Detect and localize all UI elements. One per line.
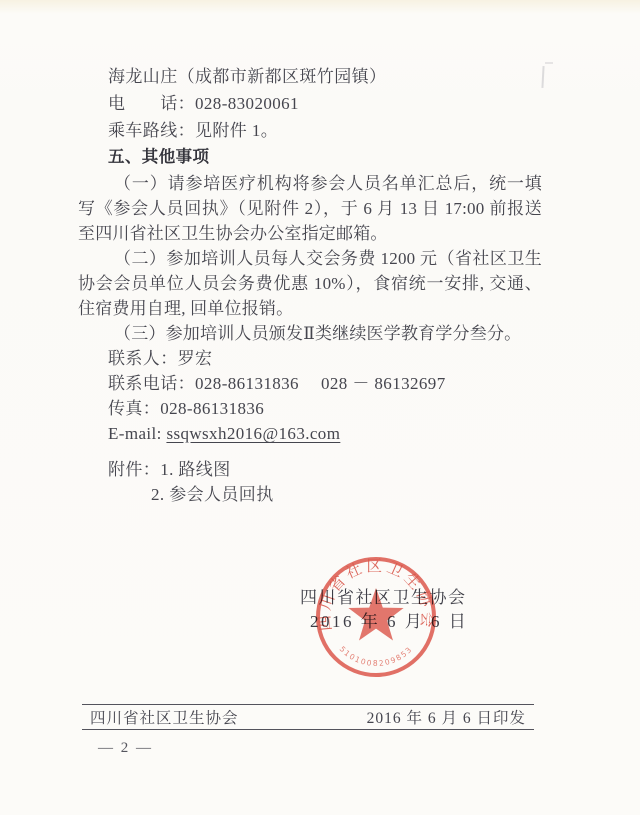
route-value: 见附件 1。 <box>195 121 278 140</box>
contact-phone-label: 联系电话： <box>108 374 195 393</box>
contact-phone-line: 联系电话：028-86131836 028 － 86132697 <box>78 371 542 396</box>
route-label: 乘车路线： <box>108 121 195 140</box>
attachment-line-2: 2. 参会人员回执 <box>78 482 542 507</box>
contact-name-label: 联系人： <box>108 349 178 368</box>
document-body: 海龙山庄（成都市新都区斑竹园镇） 电 话：028-83020061 乘车路线：见… <box>78 63 542 507</box>
email-label: E-mail: <box>108 424 166 443</box>
email-line: E-mail: ssqwsxh2016@163.com <box>78 421 542 446</box>
footer-print-date: 2016 年 6 月 6 日印发 <box>367 706 526 728</box>
official-seal-stamp: 四川省社区卫生协会 5101008209853 <box>296 537 456 697</box>
section-heading: 五、其他事项 <box>78 144 542 171</box>
page-number: — 2 — <box>98 740 153 757</box>
phone-line: 电 话：028-83020061 <box>78 90 542 117</box>
attachment-line-1: 附件：1. 路线图 <box>78 457 542 482</box>
scan-artifact-mark-2 <box>545 62 553 64</box>
paragraph-3: （三）参加培训人员颁发Ⅱ类继续医学教育学分叁分。 <box>78 321 542 346</box>
scanned-official-document-page: 海龙山庄（成都市新都区斑竹园镇） 电 话：028-83020061 乘车路线：见… <box>0 0 640 815</box>
attachments-block: 附件：1. 路线图 2. 参会人员回执 <box>78 457 542 507</box>
attachment-item-2: 2. 参会人员回执 <box>151 485 274 504</box>
footer-issuer: 四川省社区卫生协会 <box>90 706 239 728</box>
fax-line: 传真：028-86131836 <box>78 396 542 421</box>
paragraph-1: （一）请参培医疗机构将参会人员名单汇总后，统一填写《参会人员回执》（见附件 2）… <box>78 171 542 246</box>
seal-serial-container: 5101008209853 <box>338 644 415 668</box>
venue-text: 海龙山庄（成都市新都区斑竹园镇） <box>108 67 386 86</box>
paragraph-2: （二）参加培训人员每人交会务费 1200 元（省社区卫生协会会员单位人员会务费优… <box>78 246 542 321</box>
attachment-label: 附件： <box>108 460 160 479</box>
seal-serial-number: 5101008209853 <box>338 644 415 668</box>
attachment-item-1: 1. 路线图 <box>160 460 230 479</box>
fax-value: 028-86131836 <box>160 399 264 418</box>
phone-value: 028-83020061 <box>195 94 299 113</box>
contact-name-line: 联系人：罗宏 <box>78 346 542 371</box>
footer-band: 四川省社区卫生协会 2016 年 6 月 6 日印发 <box>82 704 534 730</box>
route-line: 乘车路线：见附件 1。 <box>78 117 542 144</box>
phone-label: 电 话： <box>108 94 195 113</box>
email-address: ssqwsxh2016@163.com <box>166 424 340 443</box>
venue-line: 海龙山庄（成都市新都区斑竹园镇） <box>78 63 542 90</box>
contact-name-value: 罗宏 <box>178 349 213 368</box>
star-icon <box>348 588 403 641</box>
contact-phone-value: 028-86131836 028 － 86132697 <box>195 374 446 393</box>
fax-label: 传真： <box>108 399 160 418</box>
